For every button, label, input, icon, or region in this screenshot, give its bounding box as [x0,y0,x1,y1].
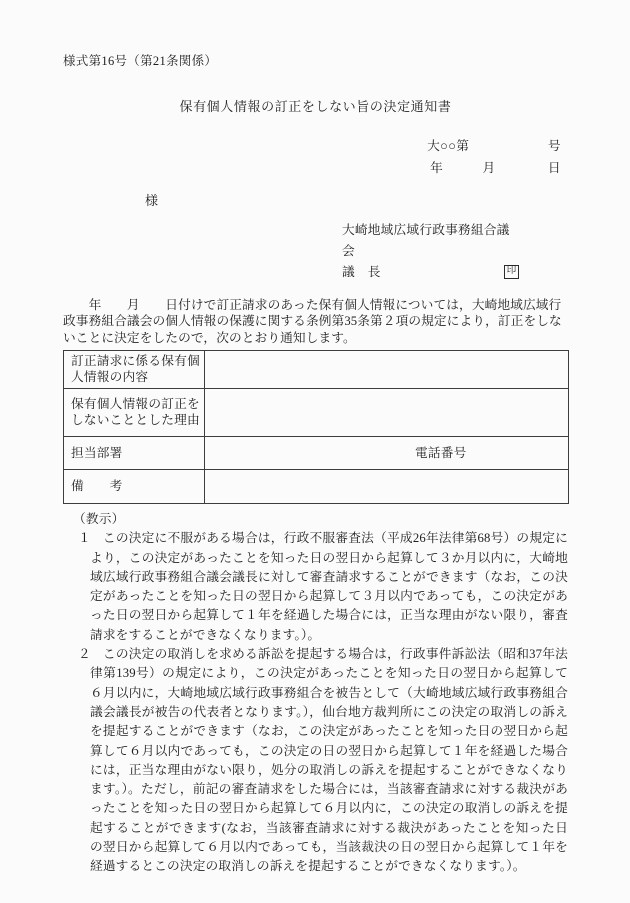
document-page: 様式第16号（第21条関係） 保有個人情報の訂正をしない旨の決定通知書 大○○第… [0,0,630,903]
row-value-department: 電話番号 [205,437,569,470]
form-table: 訂正請求に係る保有個人情報の内容 保有個人情報の訂正をしないこととした理由 担当… [63,350,569,504]
notice-item-1-number: １ [78,531,91,545]
phone-number-label: 電話番号 [210,446,467,462]
notice-item-2: ２この決定の取消しを求める訴訟を提起する場合は，行政事件訴訟法（昭和37年法律第… [63,645,568,877]
addressee-honorific: 様 [145,193,158,208]
sender-title-line: 議 長 印 [342,262,519,283]
date-line: 年 月 日 [63,157,561,179]
notice-heading: （教示） [63,510,568,529]
body-paragraph: 年 月 日付けで訂正請求のあった保有個人情報については，大崎地域広域行政事務組合… [63,297,568,347]
sender-block: 大崎地域広域行政事務組合議会 議 長 印 [342,220,519,283]
doc-number-line: 大○○第 号 [63,135,561,157]
table-row: 訂正請求に係る保有個人情報の内容 [64,351,569,389]
row-value-requested-info [205,351,569,389]
row-label-department: 担当部署 [64,437,205,470]
notice-list: １この決定に不服がある場合は，行政不服審査法（平成26年法律第68号）の規定によ… [63,529,568,876]
sender-title: 議 長 [342,262,381,283]
notice-item-1-text: この決定に不服がある場合は，行政不服審査法（平成26年法律第68号）の規定により… [90,531,568,641]
form-number: 様式第16号（第21条関係） [63,53,568,70]
seal-mark: 印 [504,265,519,279]
addressee-line: 様 [63,193,568,210]
table-row: 保有個人情報の訂正をしないこととした理由 [64,389,569,437]
table-row: 備 考 [64,470,569,504]
row-label-requested-info: 訂正請求に係る保有個人情報の内容 [64,351,205,389]
notice-item-1: １この決定に不服がある場合は，行政不服審査法（平成26年法律第68号）の規定によ… [63,529,568,645]
row-value-reason [205,389,569,437]
sender-organization: 大崎地域広域行政事務組合議会 [342,220,519,262]
notice-item-2-number: ２ [78,647,91,661]
row-value-remarks [205,470,569,504]
table-row: 担当部署 電話番号 [64,437,569,470]
document-title: 保有個人情報の訂正をしない旨の決定通知書 [63,99,568,116]
row-label-reason: 保有個人情報の訂正をしないこととした理由 [64,389,205,437]
doc-number-block: 大○○第 号 年 月 日 [63,135,568,179]
row-label-remarks: 備 考 [64,470,205,504]
notice-item-2-text: この決定の取消しを求める訴訟を提起する場合は，行政事件訴訟法（昭和37年法律第1… [90,647,568,873]
